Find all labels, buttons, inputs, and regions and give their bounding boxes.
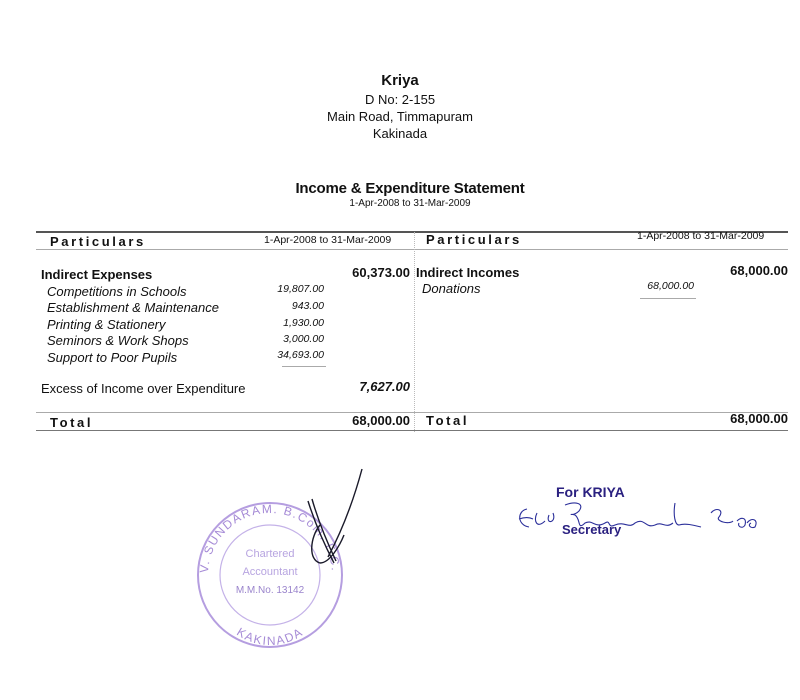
total-bottom-rule bbox=[36, 430, 788, 431]
left-total-label: Total bbox=[50, 415, 93, 430]
stamp-line-2: Accountant bbox=[242, 566, 297, 578]
statement-title: Income & Expenditure Statement bbox=[0, 180, 800, 197]
subtotal-rule bbox=[282, 366, 326, 367]
address-line-1: D No: 2-155 bbox=[0, 92, 800, 107]
right-period-header: 1-Apr-2008 to 31-Mar-2009 bbox=[637, 230, 764, 242]
expense-item-amount: 3,000.00 bbox=[240, 333, 324, 345]
statement-period: 1-Apr-2008 to 31-Mar-2009 bbox=[0, 198, 800, 209]
income-item-label: Donations bbox=[422, 281, 481, 296]
auditor-signature bbox=[300, 465, 380, 575]
excess-amount: 7,627.00 bbox=[300, 379, 410, 394]
expense-item-amount: 34,693.00 bbox=[240, 349, 324, 361]
income-item-amount: 68,000.00 bbox=[610, 280, 694, 292]
expense-item-label: Seminors & Work Shops bbox=[47, 333, 189, 348]
svg-text:KAKINADA: KAKINADA bbox=[234, 625, 305, 648]
left-column-header: Particulars bbox=[50, 234, 146, 249]
expense-item-amount: 943.00 bbox=[240, 300, 324, 312]
address-line-3: Kakinada bbox=[0, 126, 800, 141]
left-period-header: 1-Apr-2008 to 31-Mar-2009 bbox=[264, 234, 391, 246]
expense-item-label: Competitions in Schools bbox=[47, 284, 186, 299]
expense-item-label: Printing & Stationery bbox=[47, 317, 166, 332]
income-group-amount: 68,000.00 bbox=[680, 263, 788, 278]
right-column-header: Particulars bbox=[426, 232, 522, 247]
excess-label: Excess of Income over Expenditure bbox=[41, 381, 246, 396]
secretary-signature bbox=[515, 495, 765, 545]
stamp-outer-bottom-text: KAKINADA bbox=[234, 625, 305, 648]
total-top-rule bbox=[36, 412, 788, 413]
expense-item-label: Support to Poor Pupils bbox=[47, 350, 177, 365]
right-total-label: Total bbox=[426, 413, 469, 428]
left-total-amount: 68,000.00 bbox=[300, 413, 410, 428]
subtotal-rule-right bbox=[640, 298, 696, 299]
column-divider bbox=[414, 232, 415, 432]
right-total-amount: 68,000.00 bbox=[680, 411, 788, 426]
expense-group-label: Indirect Expenses bbox=[41, 267, 152, 282]
income-group-label: Indirect Incomes bbox=[416, 265, 519, 280]
expense-item-amount: 19,807.00 bbox=[240, 283, 324, 295]
header-bottom-rule bbox=[36, 249, 788, 250]
expense-item-label: Establishment & Maintenance bbox=[47, 300, 219, 315]
address-line-2: Main Road, Timmapuram bbox=[0, 109, 800, 124]
expense-group-amount: 60,373.00 bbox=[300, 265, 410, 280]
signatory-title: Secretary bbox=[562, 522, 621, 537]
expense-item-amount: 1,930.00 bbox=[240, 317, 324, 329]
stamp-line-3: M.M.No. 13142 bbox=[236, 585, 305, 596]
organization-name: Kriya bbox=[0, 72, 800, 89]
stamp-line-1: Chartered bbox=[246, 548, 295, 560]
